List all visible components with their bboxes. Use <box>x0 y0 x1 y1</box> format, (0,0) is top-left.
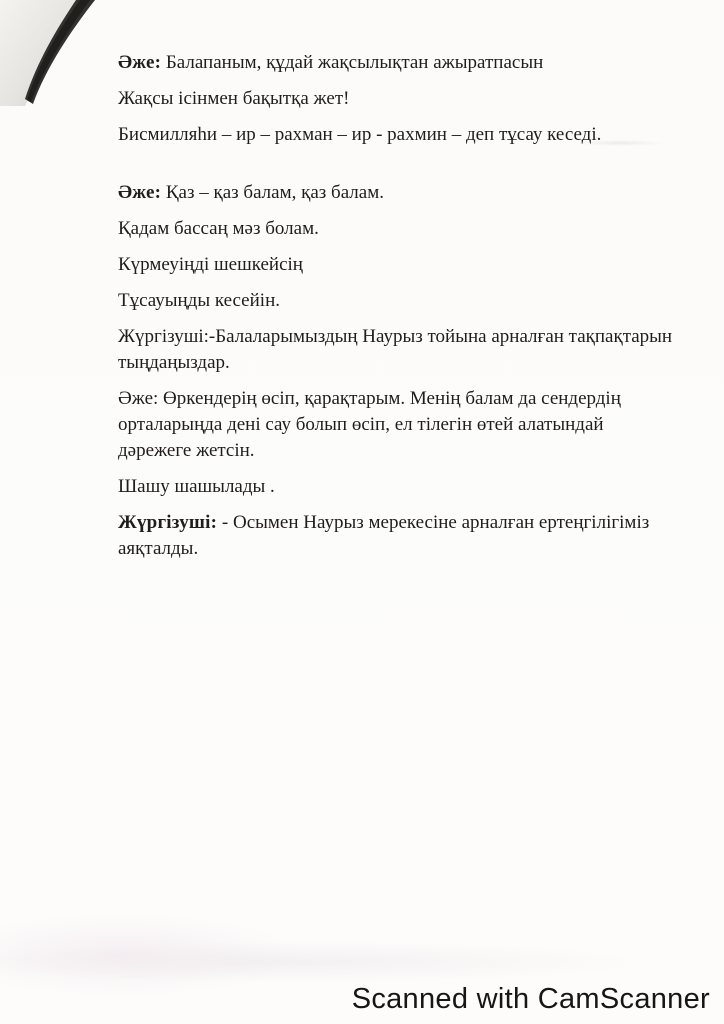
paragraph: Жақсы ісінмен бақытқа жет! <box>118 86 680 112</box>
paragraph-text: Шашу шашылады . <box>118 476 275 497</box>
paragraph-text: Жақсы ісінмен бақытқа жет! <box>118 88 349 109</box>
speaker-label: Әже: <box>118 182 161 203</box>
paragraph-text: Күрмеуіңді шешкейсің <box>118 254 303 275</box>
paragraph: Әже: Өркендерің өсіп, қарақтарым. Менің … <box>118 386 680 464</box>
paragraph: Күрмеуіңді шешкейсің <box>118 252 680 278</box>
scanned-page: Әже: Балапаным, құдай жақсылықтан ажырат… <box>0 0 724 1024</box>
paragraph: Шашу шашылады . <box>118 474 680 500</box>
paragraph: Қадам бассаң мәз болам. <box>118 216 680 242</box>
paragraph: Әже: Қаз – қаз балам, қаз балам. <box>118 180 680 206</box>
paragraph: Жүргізуші:-Балаларымыздың Наурыз тойына … <box>118 324 680 376</box>
paragraph-text: Жүргізуші:-Балаларымыздың Наурыз тойына … <box>118 326 672 373</box>
speaker-label: Әже: <box>118 52 161 73</box>
paragraph-text: Бисмилляһи – ир – рахман – ир - рахмин –… <box>118 124 601 145</box>
paragraph-text: Қаз – қаз балам, қаз балам. <box>161 182 384 203</box>
speaker-label: Жүргізуші: <box>118 512 217 533</box>
paragraph-text: Тұсауыңды кесейін. <box>118 290 280 311</box>
paragraph-text: Әже: Өркендерің өсіп, қарақтарым. Менің … <box>118 388 621 461</box>
paragraph: Жүргізуші: - Осымен Наурыз мерекесіне ар… <box>118 510 680 562</box>
paragraph: Тұсауыңды кесейін. <box>118 288 680 314</box>
paragraph-text: Балапаным, құдай жақсылықтан ажыратпасын <box>161 52 543 73</box>
paragraph: Әже: Балапаным, құдай жақсылықтан ажырат… <box>118 50 680 76</box>
camscanner-watermark: Scanned with CamScanner <box>352 983 710 1016</box>
paragraph: Бисмилляһи – ир – рахман – ир - рахмин –… <box>118 122 680 148</box>
document-text: Әже: Балапаным, құдай жақсылықтан ажырат… <box>118 50 680 572</box>
paragraph-text: Қадам бассаң мәз болам. <box>118 218 319 239</box>
